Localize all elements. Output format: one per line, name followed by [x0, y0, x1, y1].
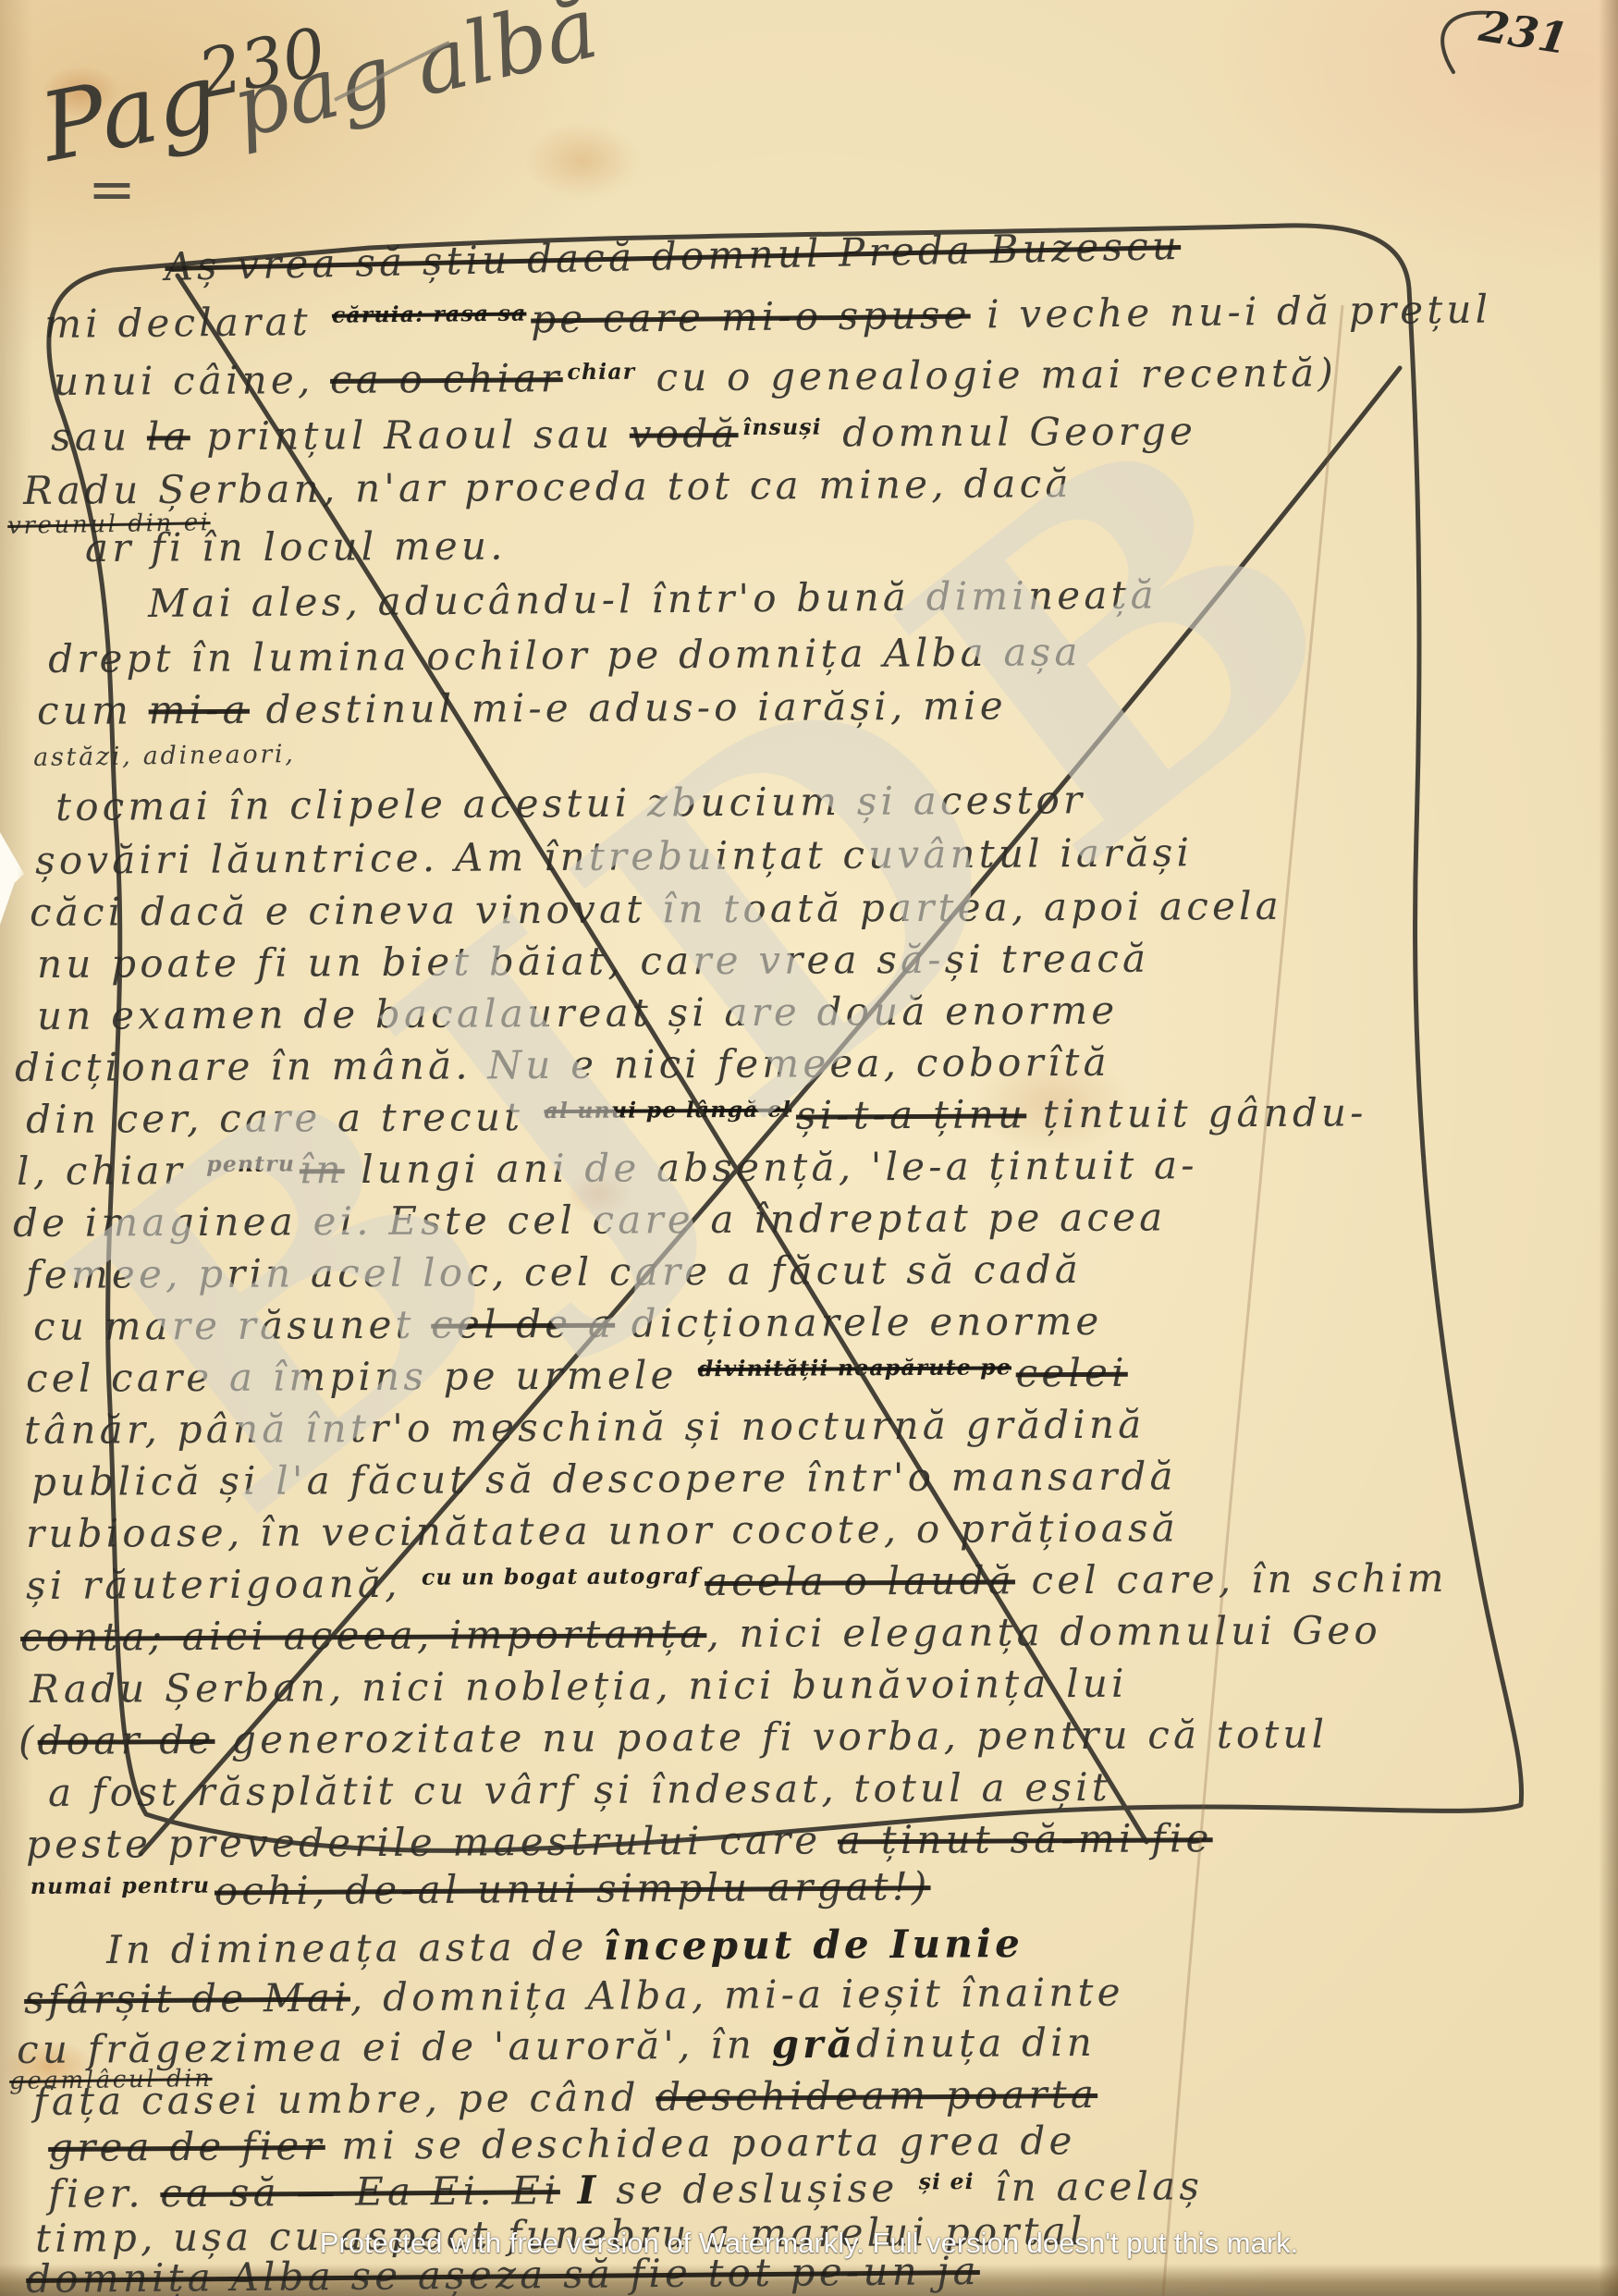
manuscript-line: un examen de bacalaureat și are două eno… — [37, 991, 1118, 1036]
manuscript-line: astăzi, adineaori, — [33, 742, 296, 770]
handwriting-text: cu mare răsunet — [33, 1302, 431, 1349]
manuscript-line: l, chiar pentruîn lungi ani de absență, … — [17, 1146, 1198, 1191]
struck-text: pe care mi-o spuse — [531, 292, 971, 342]
struck-text: sfârșit de Mai — [24, 1975, 350, 2022]
handwriting-text: unui câine, — [54, 357, 330, 404]
handwriting-text: și răuterigoană, — [26, 1561, 417, 1608]
manuscript-line: sau la prințul Raoul sau vodăînsuși domn… — [51, 412, 1196, 457]
handwriting-text: , domnița Alba, mi-a ieșit înainte — [350, 1970, 1124, 2020]
manuscript-line: ar fi în locul meu. — [85, 527, 507, 568]
handwriting-text: publică și l'a făcut să descopere într'o… — [31, 1454, 1177, 1504]
struck-text: aceea, importanța — [267, 1611, 707, 1658]
handwriting-text: I — [560, 2167, 600, 2213]
handwriting-text: mi declarat — [44, 299, 328, 347]
handwriting-text: cel care a împins pe urmele — [26, 1352, 693, 1401]
handwriting-text: astăzi, adineaori, — [33, 740, 296, 772]
struck-text: doar de — [38, 1717, 215, 1763]
inserted-text: însuși — [742, 414, 822, 440]
struck-text: cel de a — [431, 1301, 615, 1347]
struck-text: Aș vrea să știu dacă domnul Preda Buzesc… — [165, 223, 1182, 289]
handwriting-text: rubioase, în vecinătatea unor cocote, o … — [26, 1504, 1179, 1556]
handwriting-text: domnul George — [826, 409, 1196, 456]
struck-text: și-t-a ținu — [796, 1091, 1027, 1137]
manuscript-line: cu frăgezimea ei de 'auroră', în grădinu… — [17, 2023, 1096, 2069]
handwriting-text: ar fi în locul meu. — [85, 523, 507, 571]
manuscript-line: grea de fier mi se deschidea poarta grea… — [48, 2121, 1076, 2167]
manuscript-line: Mai ales, aducându-l într'o bună diminea… — [148, 575, 1158, 623]
handwriting-text: cu o genealogie mai recentă) — [640, 350, 1337, 399]
manuscript-line: conta; aici aceea, importanța, nici eleg… — [20, 1611, 1381, 1657]
struck-text: în — [300, 1147, 345, 1192]
manuscript-line: dicționare în mână. Nu e nici femeea, co… — [15, 1043, 1110, 1087]
struck-text: a ținut să-mi fie — [838, 1815, 1213, 1862]
inserted-text: chiar — [567, 359, 635, 386]
handwriting-text: femee, prin acel loc, cel care a făcut s… — [26, 1246, 1082, 1297]
manuscript-line: tânăr, până într'o meschină și nocturnă … — [24, 1406, 1146, 1450]
inserted-text: divinității neapărute pe — [698, 1354, 1011, 1381]
manuscript-line: a fost răsplătit cu vârf și îndesat, tot… — [48, 1768, 1111, 1812]
handwriting-text: în acelaș — [978, 2163, 1203, 2210]
handwriting-text: căci dacă e cineva vinovat în toată part… — [30, 883, 1282, 935]
manuscript-line: fier. ca să — Ea Ei. Ei I se deslușise ș… — [48, 2167, 1203, 2214]
handwriting-text: se deslușise — [599, 2165, 914, 2212]
handwriting-text: cum — [37, 687, 149, 733]
handwriting-text: destinul mi-e adus-o iarăși, mie — [250, 683, 1007, 732]
handwriting-text: prințul Raoul sau — [190, 411, 630, 459]
handwriting-text: Radu Șerban, n'ar proceda tot ca mine, d… — [23, 460, 1073, 513]
manuscript-line: tocmai în clipele acestui zbucium și ace… — [55, 780, 1085, 827]
handwriting-text: peste prevederile maestrului care — [26, 1817, 838, 1867]
handwriting-text: de imaginea ei. Este cel care a îndrepta… — [13, 1194, 1167, 1246]
manuscript-line: (doar de generozitate nu poate fi vorba,… — [18, 1715, 1328, 1761]
watermarkly-notice: Protected with free version of Watermark… — [0, 2227, 1618, 2260]
handwriting-text: In dimineața asta de — [106, 1923, 604, 1972]
handwriting-text: Radu Șerban, nici nobleția, nici bunăvoi… — [30, 1661, 1128, 1712]
handwriting-text: lungi ani de absență, 'le-a țintuit a- — [345, 1142, 1198, 1192]
handwriting-text: sau — [51, 413, 147, 460]
manuscript-line: Aș vrea să știu dacă domnul Preda Buzesc… — [165, 227, 1182, 287]
manuscript-line: din cer, care a trecut al unui pe lângă … — [26, 1093, 1367, 1139]
manuscript-line: femee, prin acel loc, cel care a făcut s… — [26, 1250, 1082, 1295]
struck-text: la — [147, 413, 190, 459]
manuscript-line: de imaginea ei. Este cel care a îndrepta… — [13, 1197, 1167, 1243]
manuscript-line: căci dacă e cineva vinovat în toată part… — [30, 887, 1282, 932]
manuscript-line: Radu Șerban, n'ar proceda tot ca mine, d… — [23, 464, 1073, 510]
manuscript-line: drept în lumina ochilor pe domnița Alba … — [48, 632, 1082, 679]
manuscript-line: peste prevederile maestrului care a ținu… — [26, 1819, 1213, 1864]
handwriting-text: tânăr, până într'o meschină și nocturnă … — [24, 1402, 1146, 1453]
manuscript-page: Pag 230 = pag albă 231 Aș vrea să știu d… — [0, 0, 1618, 2296]
manuscript-line: fața casei umbre, pe când deschideam poa… — [33, 2075, 1097, 2121]
handwriting-text: fața casei umbre, pe când — [33, 2074, 656, 2124]
handwriting-text: generozitate nu poate fi vorba, pentru c… — [215, 1712, 1328, 1762]
struck-text: celei — [1016, 1350, 1128, 1396]
manuscript-line: numai pentruochi, de-al unui simplu arga… — [26, 1867, 931, 1912]
inserted-text: cu un bogat autograf — [422, 1563, 701, 1590]
manuscript-line: Radu Șerban, nici nobleția, nici bunăvoi… — [30, 1664, 1128, 1709]
handwriting-text: i veche nu-i dă prețul — [970, 287, 1491, 338]
handwriting-text: fier. — [48, 2170, 161, 2216]
inserted-text: căruia: rasa sa — [332, 301, 527, 328]
manuscript-line: publică și l'a făcut să descopere într'o… — [31, 1457, 1177, 1502]
handwriting-text: gră — [771, 2021, 856, 2068]
struck-text: acela o laudă — [705, 1557, 1015, 1604]
struck-text: ca să — Ea Ei. Ei — [160, 2167, 560, 2216]
handwriting-text: , nici eleganța domnului Geo — [706, 1607, 1381, 1656]
handwriting-text: Mai ales, aducându-l într'o bună diminea… — [148, 571, 1158, 626]
handwriting-text: drept în lumina ochilor pe domnița Alba … — [48, 629, 1082, 681]
handwriting-text: l, chiar — [17, 1148, 202, 1194]
manuscript-line: rubioase, în vecinătatea unor cocote, o … — [26, 1508, 1179, 1553]
struck-text: vodă — [630, 411, 739, 457]
manuscript-line: și răuterigoană, cu un bogat autograface… — [26, 1559, 1448, 1605]
manuscript-line: cu mare răsunet cel de a dicționarele en… — [33, 1302, 1103, 1346]
manuscript-line: șovăiri lăuntrice. Am întrebuințat cuvân… — [35, 833, 1193, 880]
handwriting-text: început de Iunie — [604, 1921, 1024, 1969]
inserted-text: pentru — [206, 1151, 295, 1178]
manuscript-line: unui câine, ca o chiarchiar cu o genealo… — [54, 353, 1337, 401]
handwriting-text: dicționare în mână. Nu e nici femeea, co… — [15, 1039, 1110, 1090]
handwriting-text: un examen de bacalaureat și are două eno… — [37, 988, 1118, 1038]
manuscript-line: cel care a împins pe urmele divinității … — [26, 1354, 1128, 1398]
handwriting-text: dicționarele enorme — [615, 1298, 1103, 1346]
handwriting-text: din cer, care a trecut — [26, 1094, 540, 1142]
handwriting-text: tocmai în clipele acestui zbucium și ace… — [55, 777, 1086, 829]
struck-text: deschideam poarta — [656, 2071, 1097, 2119]
manuscript-line: In dimineața asta de început de Iunie — [106, 1924, 1024, 1970]
handwriting-text: dinuța din — [856, 2020, 1096, 2067]
manuscript-line: nu poate fi un biet băiat, care vrea să-… — [37, 939, 1149, 984]
handwriting-text: țintuit gându- — [1026, 1089, 1367, 1136]
manuscript-line: mi declarat căruia: rasa sape care mi-o … — [44, 290, 1491, 344]
struck-text: ca o chiar — [330, 355, 563, 402]
struck-text: mi-a — [149, 687, 251, 733]
handwriting-text: cu frăgezimea ei de 'auroră', în — [17, 2021, 772, 2072]
inserted-text: și ei — [919, 2168, 974, 2194]
handwriting-text: șovăiri lăuntrice. Am întrebuințat cuvân… — [35, 829, 1193, 883]
inserted-text: al unui pe lângă el — [544, 1097, 791, 1123]
manuscript-line: sfârșit de Mai, domnița Alba, mi-a ieșit… — [24, 1973, 1124, 2020]
handwriting-text: nu poate fi un biet băiat, care vrea să-… — [37, 936, 1149, 987]
manuscript-line: cum mi-a destinul mi-e adus-o iarăși, mi… — [37, 687, 1007, 731]
manuscript-lines: Aș vrea să știu dacă domnul Preda Buzesc… — [0, 0, 1618, 2296]
handwriting-text: ( — [18, 1718, 38, 1763]
inserted-text: numai pentru — [31, 1872, 211, 1899]
handwriting-text: a fost răsplătit cu vârf și îndesat, tot… — [48, 1764, 1111, 1815]
struck-text: grea de fier — [48, 2123, 325, 2170]
handwriting-text: cel care, în schim — [1015, 1555, 1448, 1602]
struck-text: ochi, de-al unui simplu argat!) — [215, 1863, 931, 1913]
handwriting-text: mi se deschidea poarta grea de — [325, 2118, 1076, 2168]
struck-text: conta; aici — [20, 1614, 267, 1660]
